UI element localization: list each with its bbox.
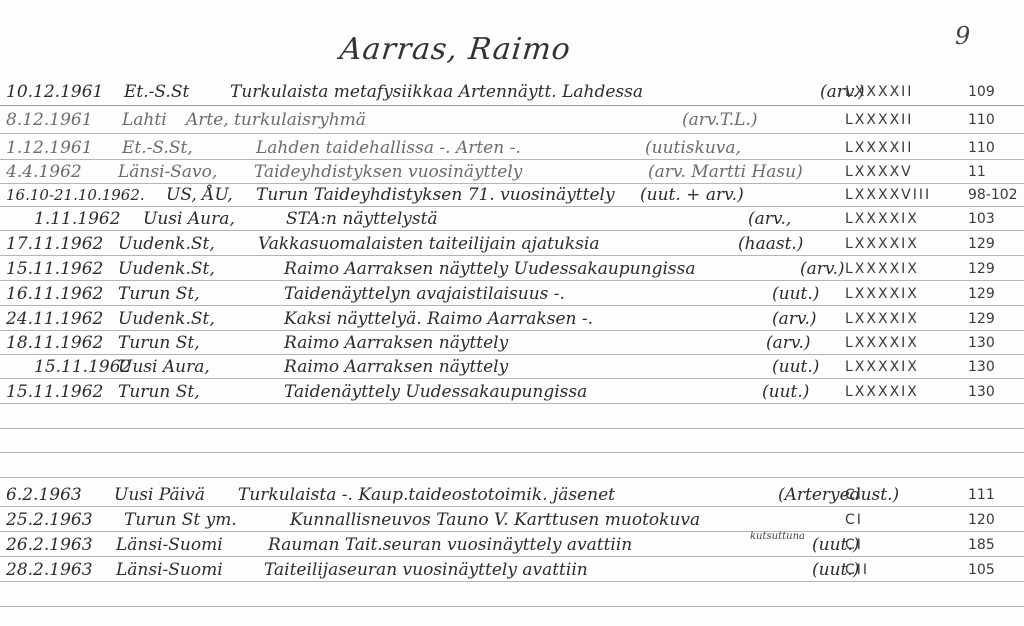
entry-note: (uut.) bbox=[772, 282, 819, 306]
entry-volume: LXXXXIX bbox=[845, 232, 919, 256]
entry-source: Lahti bbox=[122, 108, 167, 132]
entry-note: (arv.) bbox=[772, 307, 817, 331]
entry-date: 24.11.1962 bbox=[6, 307, 103, 331]
entry-volume: LXXXXIX bbox=[845, 307, 919, 331]
entry-description: Turkulaista metafysiikkaa Artennäytt. La… bbox=[230, 80, 643, 104]
entry-source: Uudenk.St, bbox=[118, 307, 215, 331]
entry-insertion: kutsuttuna bbox=[750, 525, 805, 549]
entry-description: Arte, turkulaisryhmä bbox=[186, 108, 366, 132]
entry-source: Uusi Päivä bbox=[114, 483, 205, 507]
entry-description: Raimo Aarraksen näyttely Uudessakaupungi… bbox=[284, 257, 696, 281]
entry-page: 105 bbox=[968, 558, 995, 582]
entry-source: Turun St ym. bbox=[124, 508, 237, 532]
entry-date: 17.11.1962 bbox=[6, 232, 103, 256]
ruled-line bbox=[0, 428, 1024, 429]
entry-date: 6.2.1963 bbox=[6, 483, 82, 507]
entry-page: 110 bbox=[968, 108, 995, 132]
entry-row: 26.2.1963Länsi-SuomiRauman Tait.seuran v… bbox=[0, 533, 1024, 557]
entry-row: 15.11.1962Uudenk.St,Raimo Aarraksen näyt… bbox=[0, 257, 1024, 281]
entry-volume: CI bbox=[845, 483, 863, 507]
entry-description: Taidenäyttely Uudessakaupungissa bbox=[284, 380, 587, 404]
entry-row: 28.2.1963Länsi-SuomiTaiteilijaseuran vuo… bbox=[0, 558, 1024, 582]
entry-description: Turkulaista -. Kaup.taideostotoimik. jäs… bbox=[238, 483, 615, 507]
entry-note: (uut. + arv.) bbox=[640, 183, 744, 207]
entry-row: 6.2.1963Uusi PäiväTurkulaista -. Kaup.ta… bbox=[0, 483, 1024, 507]
entry-page: 130 bbox=[968, 331, 995, 355]
entry-volume: LXXXXII bbox=[845, 136, 913, 160]
entry-source: Länsi-Savo, bbox=[118, 160, 217, 184]
archive-index-card: 9 Aarras, Raimo 10.12.1961Et.-S.StTurkul… bbox=[0, 0, 1024, 626]
entry-row: 8.12.1961LahtiArte, turkulaisryhmä(arv.T… bbox=[0, 108, 1024, 132]
ruled-line bbox=[0, 452, 1024, 453]
entry-date: 25.2.1963 bbox=[6, 508, 93, 532]
entry-note: (arv.T.L.) bbox=[682, 108, 757, 132]
ruled-line bbox=[0, 105, 1024, 106]
ruled-line bbox=[0, 606, 1024, 607]
entry-description: Turun Taideyhdistyksen 71. vuosinäyttely bbox=[256, 183, 615, 207]
entry-volume: LXXXXVIII bbox=[845, 183, 931, 207]
entry-page: 110 bbox=[968, 136, 995, 160]
entry-page: 129 bbox=[968, 232, 995, 256]
entry-source: Uudenk.St, bbox=[118, 257, 215, 281]
entry-volume: CI bbox=[845, 508, 863, 532]
entry-source: US, ÅU, bbox=[166, 183, 233, 207]
card-title: Aarras, Raimo bbox=[338, 32, 573, 67]
entry-volume: LXXXXIX bbox=[845, 282, 919, 306]
entry-volume: LXXXXIX bbox=[845, 257, 919, 281]
entry-volume: LXXXXII bbox=[845, 80, 913, 104]
entry-page: 120 bbox=[968, 508, 995, 532]
entry-note: (arv., bbox=[748, 207, 791, 231]
entry-row: 4.4.1962Länsi-Savo,Taideyhdistyksen vuos… bbox=[0, 160, 1024, 184]
entry-source: Et.-S.St, bbox=[122, 136, 193, 160]
entry-source: Länsi-Suomi bbox=[116, 533, 223, 557]
ruled-line bbox=[0, 477, 1024, 478]
entry-source: Uudenk.St, bbox=[118, 232, 215, 256]
entry-row: 1.12.1961Et.-S.St,Lahden taidehallissa -… bbox=[0, 136, 1024, 160]
entry-page: 11 bbox=[968, 160, 986, 184]
entry-date: 16.10-21.10.1962. bbox=[6, 183, 145, 207]
entry-source: Uusi Aura, bbox=[118, 355, 210, 379]
entry-note: (arv.) bbox=[800, 257, 845, 281]
entry-date: 15.11.1962 bbox=[6, 257, 103, 281]
entry-row: 18.11.1962Turun St,Raimo Aarraksen näytt… bbox=[0, 331, 1024, 355]
entry-date: 4.4.1962 bbox=[6, 160, 82, 184]
entry-page: 129 bbox=[968, 307, 995, 331]
entry-description: Kaksi näyttelyä. Raimo Aarraksen -. bbox=[284, 307, 593, 331]
entry-source: Länsi-Suomi bbox=[116, 558, 223, 582]
entry-note: (uut.) bbox=[772, 355, 819, 379]
entry-row: 15.11.1962Uusi Aura,Raimo Aarraksen näyt… bbox=[0, 355, 1024, 379]
entry-description: Taiteilijaseuran vuosinäyttely avattiin bbox=[264, 558, 588, 582]
entry-date: 1.12.1961 bbox=[6, 136, 93, 160]
entry-source: Turun St, bbox=[118, 282, 200, 306]
entry-page: 130 bbox=[968, 380, 995, 404]
entry-row: 25.2.1963Turun St ym.Kunnallisneuvos Tau… bbox=[0, 508, 1024, 532]
entry-date: 15.11.1962 bbox=[34, 355, 131, 379]
entry-volume: LXXXXV bbox=[845, 160, 913, 184]
entry-page: 129 bbox=[968, 282, 995, 306]
entry-description: Vakkasuomalaisten taiteilijain ajatuksia bbox=[258, 232, 599, 256]
ruled-line bbox=[0, 133, 1024, 134]
entry-date: 18.11.1962 bbox=[6, 331, 103, 355]
entry-page: 109 bbox=[968, 80, 995, 104]
entry-description: Rauman Tait.seuran vuosinäyttely avattii… bbox=[268, 533, 632, 557]
entry-row: 17.11.1962Uudenk.St,Vakkasuomalaisten ta… bbox=[0, 232, 1024, 256]
entry-page: 111 bbox=[968, 483, 995, 507]
entry-volume: LXXXXIX bbox=[845, 207, 919, 231]
entry-row: 15.11.1962Turun St,Taidenäyttely Uudessa… bbox=[0, 380, 1024, 404]
entry-note: (uutiskuva, bbox=[645, 136, 741, 160]
entry-page: 130 bbox=[968, 355, 995, 379]
entry-source: Turun St, bbox=[118, 331, 200, 355]
entry-description: Taideyhdistyksen vuosinäyttely bbox=[254, 160, 522, 184]
entry-description: Lahden taidehallissa -. Arten -. bbox=[256, 136, 521, 160]
entry-note: (haast.) bbox=[738, 232, 803, 256]
entry-page: 185 bbox=[968, 533, 995, 557]
entry-volume: CI bbox=[845, 533, 863, 557]
entry-note: (uut.) bbox=[762, 380, 809, 404]
entry-volume: LXXXXII bbox=[845, 108, 913, 132]
entry-volume: LXXXXIX bbox=[845, 380, 919, 404]
entry-row: 10.12.1961Et.-S.StTurkulaista metafysiik… bbox=[0, 80, 1024, 104]
entry-page: 98-102 bbox=[968, 183, 1018, 207]
entry-row: 16.10-21.10.1962.US, ÅU,Turun Taideyhdis… bbox=[0, 183, 1024, 207]
entry-date: 28.2.1963 bbox=[6, 558, 93, 582]
entry-note: (arv. Martti Hasu) bbox=[648, 160, 803, 184]
entry-description: STA:n näyttelystä bbox=[286, 207, 438, 231]
entry-row: 1.11.1962Uusi Aura,STA:n näyttelystä(arv… bbox=[0, 207, 1024, 231]
entry-description: Raimo Aarraksen näyttely bbox=[284, 355, 508, 379]
entry-date: 16.11.1962 bbox=[6, 282, 103, 306]
entry-row: 24.11.1962Uudenk.St,Kaksi näyttelyä. Rai… bbox=[0, 307, 1024, 331]
entry-page: 103 bbox=[968, 207, 995, 231]
entry-date: 26.2.1963 bbox=[6, 533, 93, 557]
entry-page: 129 bbox=[968, 257, 995, 281]
entry-date: 10.12.1961 bbox=[6, 80, 103, 104]
entry-note: (arv.) bbox=[766, 331, 811, 355]
card-number: 9 bbox=[955, 22, 970, 50]
entry-source: Turun St, bbox=[118, 380, 200, 404]
entry-source: Uusi Aura, bbox=[143, 207, 235, 231]
entry-date: 8.12.1961 bbox=[6, 108, 93, 132]
entry-row: 16.11.1962Turun St,Taidenäyttelyn avajai… bbox=[0, 282, 1024, 306]
entry-volume: LXXXXIX bbox=[845, 331, 919, 355]
entry-volume: CII bbox=[845, 558, 869, 582]
entry-source: Et.-S.St bbox=[124, 80, 189, 104]
entry-date: 1.11.1962 bbox=[34, 207, 121, 231]
entry-description: Taidenäyttelyn avajaistilaisuus -. bbox=[284, 282, 565, 306]
entry-description: Kunnallisneuvos Tauno V. Karttusen muoto… bbox=[290, 508, 700, 532]
entry-note: (Arteryedust.) bbox=[778, 483, 899, 507]
entry-volume: LXXXXIX bbox=[845, 355, 919, 379]
entry-description: Raimo Aarraksen näyttely bbox=[284, 331, 508, 355]
entry-date: 15.11.1962 bbox=[6, 380, 103, 404]
